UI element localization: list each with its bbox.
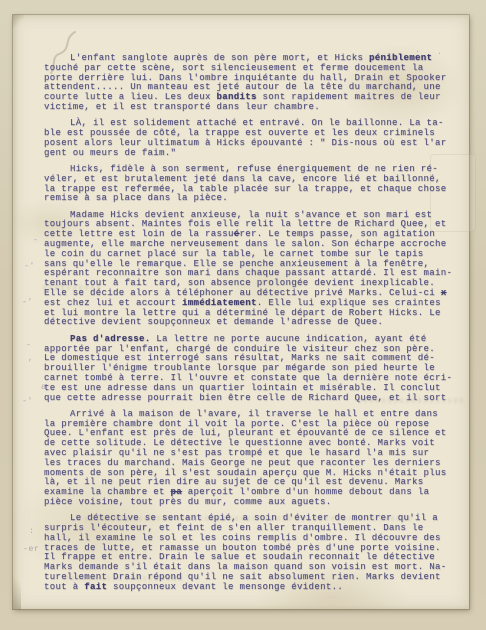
bleed-through-mark: -' (22, 298, 33, 306)
typewritten-text: L'enfant sanglote auprès de son père mor… (44, 54, 460, 599)
text-line: tout à fait soupçonneux devant le menson… (44, 583, 460, 593)
paragraph: Hicks, fidèle à son serment, refuse éner… (44, 165, 460, 204)
page-corner-crease (12, 562, 21, 610)
bleed-through-mark: . (415, 46, 420, 54)
bleed-through-mark: . (437, 48, 442, 56)
bleed-through-mark: -' (22, 397, 33, 405)
bleed-through-mark: , (28, 354, 33, 362)
paragraph: LÀ, il est solidement attaché et entravé… (44, 119, 460, 158)
text-line: victime, et il est transporté dans leur … (44, 103, 460, 113)
bleed-through-mark: - (33, 236, 38, 244)
text-line: détective devient soupçonneux et demande… (44, 318, 460, 328)
text-line: pièce voisine, tout près du mur, comme a… (44, 498, 460, 508)
paragraph: L'enfant sanglote auprès de son père mor… (44, 54, 460, 113)
document-page: L'enfant sanglote auprès de son père mor… (13, 15, 469, 609)
bleed-through-mark: a (41, 383, 46, 391)
paragraph: Madame Hicks devient anxieuse, la nuit s… (44, 211, 460, 329)
scan-background: L'enfant sanglote auprès de son père mor… (0, 0, 486, 630)
page-corner-crease (12, 14, 24, 31)
bleed-through-mark: - (26, 341, 31, 349)
bleed-through-mark: -' (24, 262, 35, 270)
bleed-through-mark: -er (23, 545, 39, 553)
bleed-through-mark: : (29, 527, 34, 535)
text-line: que cette adresse pourrait bien être cel… (44, 394, 460, 404)
paragraph: Arrivé à la maison de l'avare, il traver… (44, 410, 460, 508)
paragraph: Pas d'adresse. La lettre ne porte aucune… (44, 335, 460, 404)
paragraph: Le détective se sentant épié, a soin d'é… (44, 514, 460, 592)
text-line: remise à sa place dans la pièce. (44, 194, 460, 204)
text-line: gent ou meurs de faim." (44, 149, 460, 159)
